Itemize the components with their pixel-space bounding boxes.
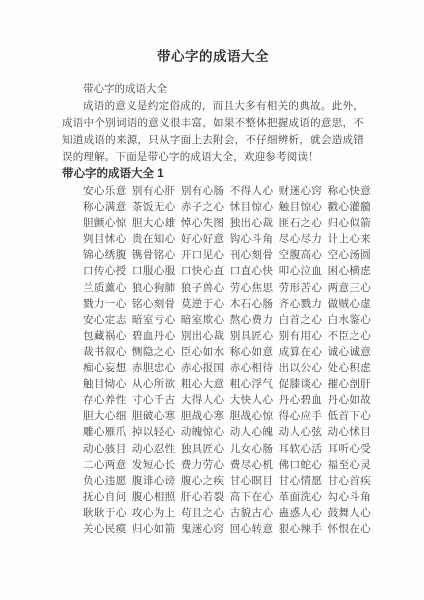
intro-paragraph: 成语的意义是约定俗成的，而且大多有相关的典故。此外，成语中个别词语的意义很丰富，… <box>62 98 364 166</box>
idiom-line: 兰质薰心 狼心狗肺 狼子兽心 劳心焦思 劳形苦心 两意三心 <box>62 280 364 296</box>
idiom-line: 存心养性 寸心千古 大得人心 大快人心 丹心碧血 丹心如故 <box>62 392 364 408</box>
document-page: 带心字的成语大全 带心字的成语大全 成语的意义是约定俗成的，而且大多有相关的典故… <box>0 0 424 600</box>
idiom-line: 口传心授 口服心服 口快心直 口直心快 叩心泣血 困心横虑 <box>62 263 364 279</box>
subtitle: 带心字的成语大全 <box>62 81 364 98</box>
idiom-line: 裁书叙心 恻隐之心 臣心如水 称心如意 成算在心 诚心诚意 <box>62 344 364 360</box>
idiom-line: 包藏祸心 碧血丹心 别出心裁 别具匠心 别有用心 不臣之心 <box>62 328 364 344</box>
idiom-line: 安心定志 暗室亏心 暗室欺心 熬心费力 白首之心 白水鉴心 <box>62 312 364 328</box>
idiom-line: 痴心妄想 赤胆忠心 赤心报国 赤心相待 出以公心 处心积虑 <box>62 360 364 376</box>
idiom-line: 二心两意 发短心长 费力劳心 费尽心机 佛口蛇心 福至心灵 <box>62 457 364 473</box>
idiom-line: 安心乐意 别有心肝 别有心肠 不得人心 财迷心窍 称心快意 <box>62 183 364 199</box>
idiom-line: 动心骇目 动心忍性 独具匠心 儿女心肠 耳软心活 耳听心受 <box>62 441 364 457</box>
idiom-line: 称心满意 茶饭无心 赤子之心 怵目惊心 触目惊心 戳心灌髓 <box>62 199 364 215</box>
idiom-line: 雕心雁爪 掉以轻心 动魄惊心 动人心魄 动人心弦 动心怵目 <box>62 424 364 440</box>
page-title: 带心字的成语大全 <box>62 50 364 64</box>
idiom-line: 胆颤心惊 胆大心雄 悼心失图 独出心裁 匪石之心 归心似箭 <box>62 215 364 231</box>
idiom-line: 关心民瘼 归心如箭 鬼迷心窍 回心转意 狠心辣手 怀恨在心 <box>62 521 364 537</box>
idiom-list: 安心乐意 别有心肝 别有心肠 不得人心 财迷心窍 称心快意称心满意 茶饭无心 赤… <box>62 183 364 537</box>
idiom-line: 戮力一心 铭心刻骨 莫逆于心 木石心肠 齐心戮力 做贼心虚 <box>62 296 364 312</box>
idiom-line: 刿目怵心 贵在知心 好心好意 钩心斗角 尽心尽力 计上心来 <box>62 231 364 247</box>
idiom-line: 抚心自问 腹心相照 肝心若裂 高下在心 革面洗心 勾心斗角 <box>62 489 364 505</box>
idiom-line: 耿耿于心 攻心为上 苟且之心 古貌古心 蛊惑人心 鼓舞人心 <box>62 505 364 521</box>
idiom-line: 触目恸心 从心所欲 粗心大意 粗心浮气 促膝谈心 摧心剖肝 <box>62 376 364 392</box>
idiom-line: 负心违愿 腹诽心谤 腹心之疾 甘心瞑目 甘心情愿 甘心首疾 <box>62 473 364 489</box>
section-heading: 带心字的成语大全 1 <box>62 166 364 183</box>
idiom-line: 锦心绣腹 镌骨铭心 开口见心 刊心刻骨 空腹高心 空心汤圆 <box>62 247 364 263</box>
idiom-line: 胆大心细 胆破心寒 胆战心寒 胆战心惊 得心应手 低首下心 <box>62 408 364 424</box>
